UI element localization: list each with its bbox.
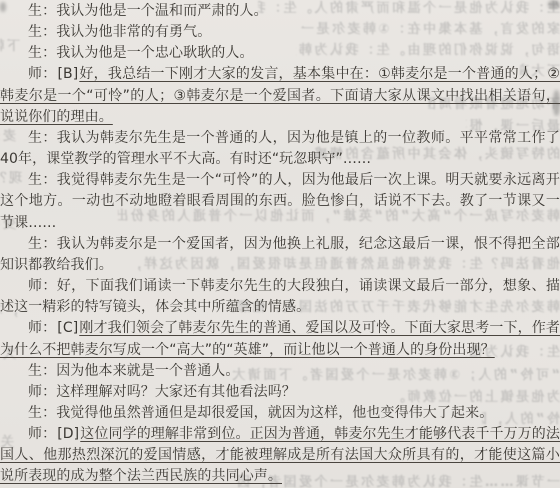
paragraph-text: 好，下面我们诵读一下韩麦尔先生的大段独白，诵读课文最后一部分，想象、描述这一精彩… (0, 278, 560, 315)
transcript-paragraph: 师：[C]刚才我们领会了韩麦尔先生的普通、爱国以及可怜。下面大家思考一下，作者为… (0, 318, 560, 360)
section-marker: [B] (56, 66, 79, 82)
speaker-label: 师： (28, 384, 56, 400)
paragraph-text: 我认为韩麦尔先生是一个普通的人，因为他是镇上的一位教师。平平常常工作了40年，课… (0, 130, 560, 167)
speaker-label: 生： (28, 236, 57, 252)
paragraph-text: 好，我总结一下刚才大家的发言，基本集中在：①韩麦尔是一个普通的人；②韩麦尔是一个… (0, 66, 560, 124)
paragraph-text: 因为他本来就是一个普通人。 (56, 363, 239, 379)
transcript-paragraph: 生：因为他本来就是一个普通人。 (0, 361, 560, 382)
paragraph-text: 我觉得韩麦尔先生是一个“可怜”的人，因为他最后一次上课。明天就要永远离开这个地方… (0, 172, 560, 230)
paragraph-text: 我认为韩麦尔是一个爱国者，因为他换上礼服，纪念这最后一课，恨不得把全部知识都教给… (0, 236, 560, 273)
transcript-paragraph: 生：我认为韩麦尔先生是一个普通的人，因为他是镇上的一位教师。平平常常工作了40年… (0, 128, 560, 170)
paragraph-text: 刚才我们领会了韩麦尔先生的普通、爱国以及可怜。下面大家思考一下，作者为什么不把韩… (0, 320, 560, 357)
paragraph-text: 这位同学的理解非常到位。正因为普通，韩麦尔先生才能够代表千千万万的法国人、他那热… (0, 426, 560, 484)
paragraph-text: 我觉得他虽然普通但是却很爱国，就因为这样，他也变得伟大了起来。 (56, 405, 493, 421)
transcript-paragraph: 生：我觉得他虽然普通但是却很爱国，就因为这样，他也变得伟大了起来。 (0, 403, 560, 424)
speaker-label: 生： (28, 405, 56, 421)
speaker-label: 师： (28, 66, 56, 82)
speaker-label: 生： (28, 130, 57, 146)
transcript-paragraph: 师：[B]好，我总结一下刚才大家的发言，基本集中在：①韩麦尔是一个普通的人；②韩… (0, 64, 560, 127)
speaker-label: 生： (28, 3, 56, 19)
speaker-label: 生： (28, 363, 56, 379)
speaker-label: 师： (28, 320, 56, 336)
speaker-label: 生： (28, 45, 56, 61)
transcript-paragraph: 师：[D]这位同学的理解非常到位。正因为普通，韩麦尔先生才能够代表千千万万的法国… (0, 424, 560, 487)
transcript-paragraph: 生：我认为他非常的有勇气。 (0, 22, 560, 43)
speaker-label: 师： (28, 426, 56, 442)
paragraph-text: 我认为他是一个忠心耿耿的人。 (56, 45, 253, 61)
section-marker: [D] (56, 426, 80, 442)
transcript-paragraph: 生：我认为韩麦尔是一个爱国者，因为他换上礼服，纪念这最后一课，恨不得把全部知识都… (0, 234, 560, 276)
paragraph-text: 这样理解对吗？大家还有其他看法吗？ (56, 384, 296, 400)
transcript-paragraph: 师：好，下面我们诵读一下韩麦尔先生的大段独白，诵读课文最后一部分，想象、描述这一… (0, 276, 560, 318)
transcript-paragraph: 生：我认为他是一个忠心耿耿的人。 (0, 43, 560, 64)
paragraph-text: 我认为他非常的有勇气。 (56, 24, 211, 40)
section-marker: [C] (56, 320, 79, 336)
scanned-textbook-page: 生：我认为他是一个温和而严肃的人。生：我认为他非常的有勇气。生：我认为他是一个忠… (0, 0, 560, 488)
speaker-label: 生： (28, 24, 56, 40)
paragraph-text: 我认为他是一个温和而严肃的人。 (56, 3, 268, 19)
transcript-paragraph: 生：我觉得韩麦尔先生是一个“可怜”的人，因为他最后一次上课。明天就要永远离开这个… (0, 170, 560, 233)
speaker-label: 生： (28, 172, 57, 188)
transcript-paragraph: 生：我认为他是一个温和而严肃的人。 (0, 1, 560, 22)
transcript-paragraph: 师：这样理解对吗？大家还有其他看法吗？ (0, 382, 560, 403)
lesson-transcript: 生：我认为他是一个温和而严肃的人。 生：我认为他非常的有勇气。 生：我认为他是一… (0, 0, 560, 488)
speaker-label: 师： (28, 278, 57, 294)
